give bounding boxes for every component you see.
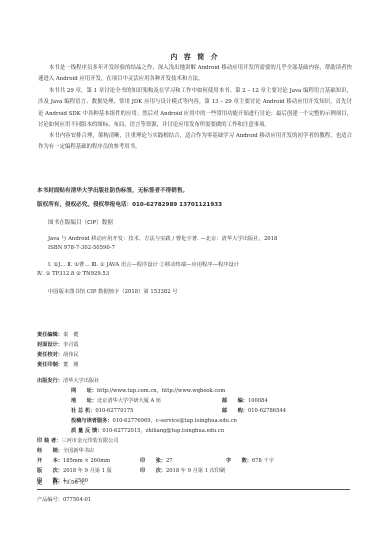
cip-classification-1: Ⅰ. ①J… Ⅱ. ①曹… Ⅲ. ① JAVA 语言—程序设计 ②移动终端—应用… xyxy=(48,260,239,268)
word-count-line: 字 数：678 千字 xyxy=(226,456,274,467)
staff-value: 李召霞 xyxy=(63,342,79,348)
printer-value: 三河市金元印装有限公司 xyxy=(61,438,118,444)
impression-label: 印 次： xyxy=(140,468,166,474)
cip-title-line: Java 与 Android 移动应用开发：技术、方法与实践 / 曹化宇著. —… xyxy=(48,234,277,242)
edition-value: 2018 年 9 月第 1 版 xyxy=(63,468,112,474)
mail-order-value: 010-62786544 xyxy=(248,408,286,414)
price-value: 79.00 元 xyxy=(63,480,85,486)
printer-label: 印 装 者： xyxy=(37,438,61,444)
summary-paragraph-3: 本书内容安排合理，架构清晰，注重理论与实践相结合，适合作为零基础学习 Andro… xyxy=(38,131,352,154)
staff-value: 秦 健 xyxy=(63,332,79,338)
address-label: 地 址： xyxy=(71,398,97,404)
website-label: 网 址： xyxy=(71,388,97,394)
summary-paragraph-2: 本书共 29 章，第 1 章讨论全书的知识架构及在学习和工作中如何使用本书。第 … xyxy=(38,86,352,131)
anti-counterfeit-notice: 本书封面贴有清华大学出版社防伪标签，无标签者不得销售。 xyxy=(37,186,188,194)
impression-line: 印 次：2018 年 9 月第 1 次印刷 xyxy=(140,466,225,477)
price-label: 定 价： xyxy=(37,480,63,486)
cip-record-number: 中国版本图书馆 CIP 数据核字（2018）第 153382 号 xyxy=(48,287,178,295)
staff-value: 董 瑾 xyxy=(63,362,79,368)
feedback-label: 质 量 反 馈： xyxy=(71,428,102,434)
publisher-label: 出版发行： xyxy=(37,378,63,384)
staff-label: 责任校对： xyxy=(37,352,63,358)
summary-paragraph-1: 本书是一线程序员多年开发经验的结晶之作，深入浅出地讲解 Android 移动应用… xyxy=(38,63,352,86)
cip-isbn: ISBN 978-7-302-50590-7 xyxy=(48,245,115,251)
format-label: 开 本： xyxy=(37,458,63,464)
words-value: 678 千字 xyxy=(252,458,274,464)
sheets-value: 27 xyxy=(166,458,173,464)
page-title: 内 容 简 介 xyxy=(0,52,390,62)
copyright-notice: 版权所有，侵权必究。侵权举报电话：010-62782989 1370112193… xyxy=(37,200,222,208)
staff-label: 责任编辑： xyxy=(37,332,63,338)
price-line: 定 价：79.00 元 xyxy=(37,478,85,489)
postcode-value: 100084 xyxy=(248,398,268,404)
cip-classification-2: Ⅳ. ① TP312.8 ② TN929.53 xyxy=(37,271,109,277)
service-label: 投稿与读者服务： xyxy=(71,418,113,424)
staff-label: 责任印制： xyxy=(37,362,63,368)
product-code: 产品编号：077504-01 xyxy=(37,495,91,506)
staff-value: 胡伟民 xyxy=(63,352,79,358)
edition-label: 版 次： xyxy=(37,468,63,474)
footer-divider xyxy=(37,489,350,490)
cip-heading: 图书在版编目（CIP）数据 xyxy=(48,218,113,226)
mail-order-label: 邮 购： xyxy=(222,408,248,414)
words-label: 字 数： xyxy=(226,458,252,464)
distributor-label: 经 销： xyxy=(37,448,63,454)
address-value: 北京清华大学学研大厦 A 座 xyxy=(97,398,161,404)
postcode-label: 邮 编： xyxy=(222,398,248,404)
staff-label: 封面设计： xyxy=(37,342,63,348)
impression-value: 2018 年 9 月第 1 次印刷 xyxy=(166,468,225,474)
distributor-value: 全国新华书店 xyxy=(63,448,94,454)
service-value: 010-62776969，c-service@tup.tsinghua.edu.… xyxy=(113,418,237,424)
switchboard-label: 社 总 机： xyxy=(71,408,95,414)
format-value: 185mm × 260mm xyxy=(63,458,110,464)
switchboard-value: 010-62770175 xyxy=(95,408,133,414)
feedback-value: 010-62772015，zhiliang@tup.tsinghua.edu.c… xyxy=(102,428,224,434)
staff-printing-supervisor: 责任印制：董 瑾 xyxy=(37,360,79,371)
sheets-label: 印 张： xyxy=(140,458,166,464)
website-value: http://www.tup.com.cn，http://www.wqbook.… xyxy=(97,388,225,394)
publisher-name: 清华大学出版社 xyxy=(63,378,99,384)
